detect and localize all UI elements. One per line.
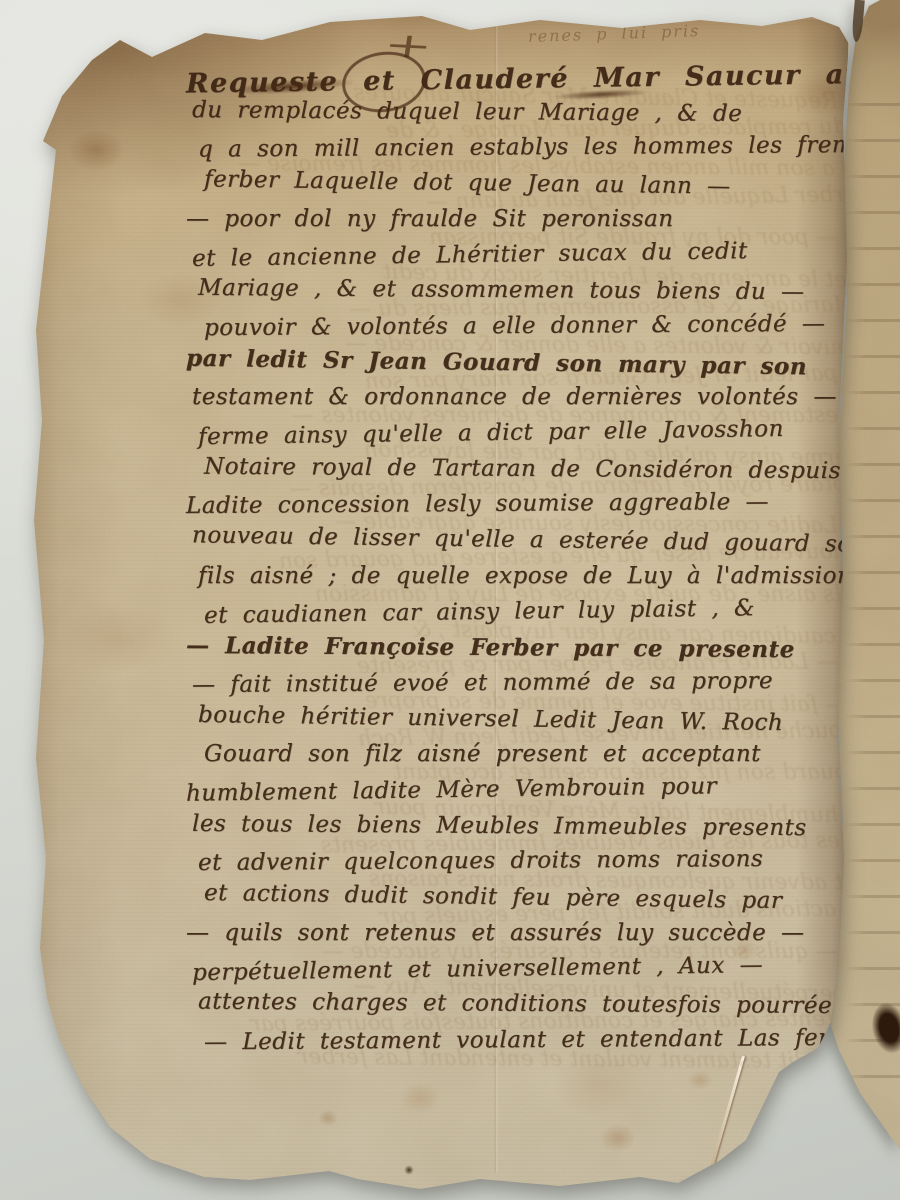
manuscript-line: bouche héritier universel Ledit Jean W. … bbox=[198, 702, 784, 736]
manuscript-line: ferme ainsy qu'elle a dict par elle Javo… bbox=[198, 416, 784, 450]
manuscript-line: — fait institué evoé et nommé de sa prop… bbox=[192, 668, 773, 698]
manuscript-line: nouveau de lisser qu'elle a esterée dud … bbox=[192, 522, 867, 557]
manuscript-line: et advenir quelconques droits noms raiso… bbox=[198, 846, 763, 876]
manuscript-line: Notaire royal de Tartaran de Considéron … bbox=[204, 453, 879, 484]
manuscript-line: fils aisné ; de quelle expose de Luy à l… bbox=[198, 563, 852, 589]
manuscript-line: testament & ordonnance de dernières volo… bbox=[192, 384, 837, 410]
manuscript-line: — poor dol ny fraulde Sit peronissan bbox=[186, 206, 674, 232]
manuscript-line: les tous les biens Meubles Immeubles pre… bbox=[192, 811, 807, 841]
manuscript-line: par ledit Sr Jean Gouard son mary par so… bbox=[186, 344, 807, 380]
manuscript-sheet-shadow: Requeste et Clauderé Mar Saucur amouresd… bbox=[0, 0, 900, 1200]
manuscript-text: Requeste et Clauderé Mar Saucur amouresd… bbox=[0, 0, 900, 1200]
manuscript-line: — Ladite Françoise Ferber par ce present… bbox=[186, 632, 795, 663]
manuscript-line: du remplacés duquel leur Mariage , & de bbox=[192, 97, 742, 127]
manuscript-photograph: Requeste et Clauderé Mar Saucur amouresd… bbox=[0, 0, 900, 1200]
manuscript-line: et caudianen car ainsy leur luy plaist ,… bbox=[204, 595, 755, 629]
manuscript-line: — quils sont retenus et assurés luy succ… bbox=[186, 920, 805, 946]
manuscript-line: ferber Laquelle dot que Jean au lann — bbox=[204, 166, 731, 199]
manuscript-line: Gouard son filz aisné present et accepta… bbox=[204, 741, 761, 767]
manuscript-line: Requeste et Clauderé Mar Saucur amoures bbox=[186, 58, 900, 100]
manuscript-line: — Ledit testament voulant et entendant L… bbox=[204, 1025, 871, 1056]
manuscript-line: perpétuellement et universellement , Aux… bbox=[192, 952, 763, 986]
manuscript-line: Mariage , & et assommemen tous biens du … bbox=[198, 275, 805, 305]
manuscript-line: et le ancienne de Lhéritier sucax du ced… bbox=[192, 238, 748, 272]
manuscript-line: q a son mill ancien establys les hommes … bbox=[198, 132, 900, 163]
manuscript-page: Requeste et Clauderé Mar Saucur amouresd… bbox=[0, 0, 900, 1200]
manuscript-line: humblement ladite Mère Vembrouin pour bbox=[186, 773, 717, 806]
manuscript-line: attentes charges et conditions toutesfoi… bbox=[198, 989, 900, 1020]
manuscript-line: pouvoir & volontés a elle donner & concé… bbox=[204, 311, 826, 341]
manuscript-line: et actions dudit sondit feu père esquels… bbox=[204, 880, 783, 914]
manuscript-line: Ladite concession lesly soumise aggreabl… bbox=[186, 489, 769, 519]
